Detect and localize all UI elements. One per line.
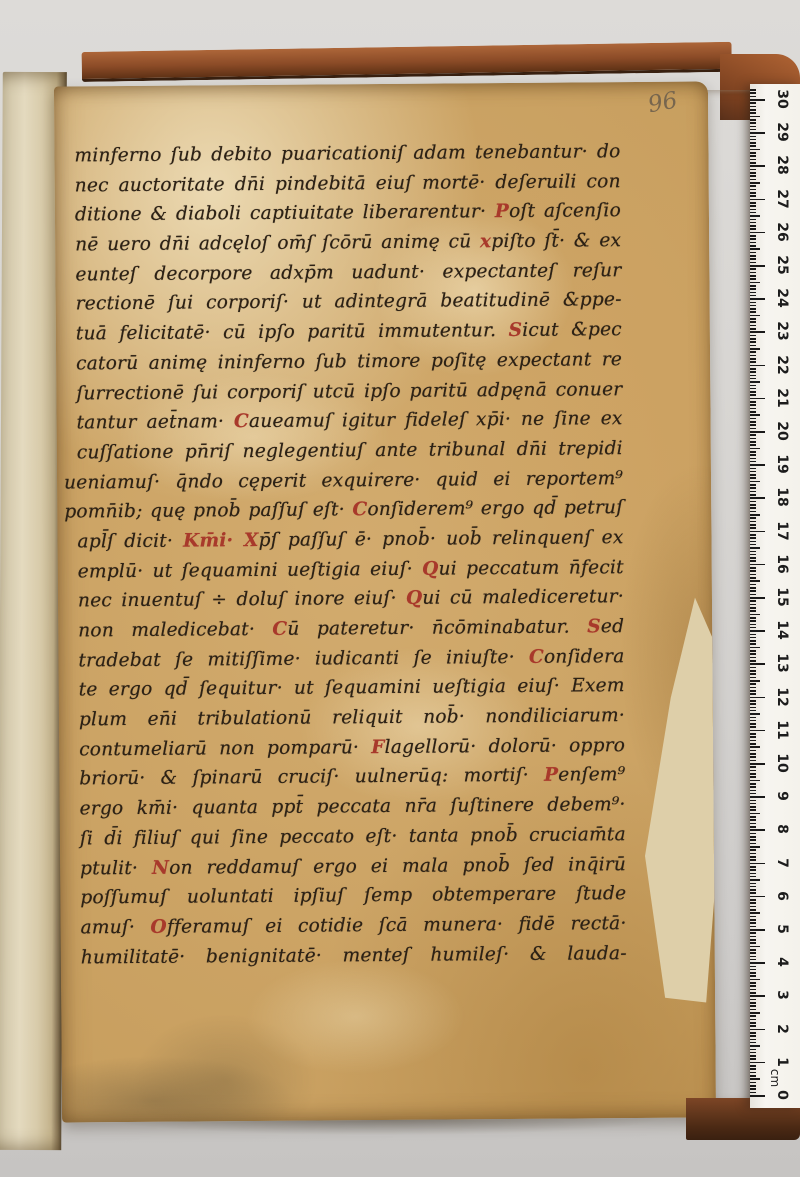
rubric-initial: P — [544, 765, 558, 786]
ruler-tick — [750, 763, 765, 765]
ruler-tick — [750, 471, 756, 473]
text-line: emplū· ut ſequamini ueſtigia eiuſ· Qui … — [78, 553, 624, 587]
text-line: humilitatē· benignitatē· menteſ humile… — [81, 939, 627, 973]
text-run: onſidera — [544, 646, 625, 668]
ruler-tick — [750, 414, 760, 416]
ruler-tick — [750, 936, 756, 938]
rubric-initial: C — [352, 499, 367, 520]
ruler-number: 11 — [774, 718, 790, 742]
ruler-tick — [750, 451, 756, 453]
ruler-number: 25 — [774, 253, 790, 277]
text-line: minferno ſub debito puaricationiſ adam t… — [74, 137, 620, 171]
ruler-tick — [750, 189, 756, 191]
ruler-tick — [750, 365, 765, 367]
text-line: pomn̄ib; quę pnob̄ paſſuſ eſt· Conſidere… — [64, 493, 623, 527]
ruler-tick — [750, 567, 756, 569]
text-line: non maledicebat· Cū pateretur· n̄cōmin… — [78, 612, 624, 646]
ruler-tick — [750, 833, 756, 835]
ruler-tick — [750, 305, 756, 307]
ruler-tick — [750, 975, 756, 977]
text-run: on reddamuſ ergo ei mala pnob̄ ſed inq̄i… — [169, 854, 626, 879]
ruler-tick — [750, 547, 760, 549]
ruler-tick — [750, 816, 756, 818]
text-run: catorū animę ininferno ſub timore poſit… — [76, 349, 622, 374]
ruler-tick — [750, 1039, 756, 1041]
rubric-initial: F — [371, 737, 385, 758]
text-run: nē uero dn̄i adcęloſ om̄ſ ſcōrū animę… — [75, 231, 480, 255]
ruler-tick — [750, 657, 756, 659]
ruler-number: 26 — [774, 220, 790, 244]
ruler-tick — [750, 215, 760, 217]
ruler-tick — [750, 537, 756, 539]
ruler-number: 24 — [774, 286, 790, 310]
ruler-tick — [750, 912, 760, 914]
ruler-tick — [750, 338, 756, 340]
ruler-tick — [750, 726, 756, 728]
text-run: lagellorū· dolorū· oppro — [385, 735, 626, 758]
ruler-number: 19 — [774, 452, 790, 476]
ruler-tick — [750, 238, 756, 240]
ruler-tick — [750, 1022, 756, 1024]
ruler-tick — [750, 212, 756, 214]
ruler-tick — [750, 836, 756, 838]
text-run: ū pateretur· n̄cōminabatur. — [287, 616, 587, 639]
ruler-tick — [750, 371, 756, 373]
ruler-tick — [750, 491, 756, 493]
rubric-initial: C — [234, 411, 249, 432]
text-line: contumeliarū non pomparū· Flagellorū·… — [79, 731, 625, 765]
ruler-tick — [750, 408, 756, 410]
text-run: p̄ſ paſſuſ ē· pnob̄· uob̄ relinquenſ ex — [259, 527, 624, 551]
rubric-initial: C — [272, 619, 287, 640]
ruler-tick — [750, 823, 756, 825]
ruler-tick — [750, 677, 756, 679]
text-run: apl̄ſ dicit· — [77, 531, 183, 553]
ruler-tick — [750, 262, 756, 264]
ruler-tick — [750, 876, 756, 878]
ruler-tick — [750, 756, 756, 758]
ruler-tick — [750, 634, 756, 636]
ruler-tick — [750, 637, 756, 639]
text-line: nec auctoritate dn̄i pindebitā eiuſ mor… — [75, 167, 621, 201]
ruler-tick — [750, 544, 756, 546]
text-run: nec auctoritate dn̄i pindebitā eiuſ mor… — [75, 171, 621, 196]
ruler-tick — [750, 720, 756, 722]
ruler-tick — [750, 162, 756, 164]
ruler-tick — [750, 896, 765, 898]
text-run: plum en̄i tribulationū reliquit nob̄· n… — [79, 705, 625, 730]
text-run: tantur aet̄nam· — [77, 411, 235, 433]
text-run: oſt aſcenſio — [509, 201, 621, 223]
ruler-tick — [750, 345, 756, 347]
text-run: piſto ſt̄· & ex — [491, 230, 621, 252]
ruler-tick — [750, 856, 756, 858]
ruler-tick — [750, 411, 756, 413]
ruler-tick — [750, 966, 756, 968]
ruler-tick — [750, 315, 760, 317]
text-run: briorū· & ſpinarū cruciſ· uulnerūq: m… — [79, 765, 544, 790]
ruler-tick — [750, 1088, 756, 1090]
ruler-tick — [750, 743, 756, 745]
ruler-number: 3 — [774, 983, 790, 1007]
ruler-number: 20 — [774, 419, 790, 443]
ruler-tick — [750, 129, 756, 131]
ruler-tick — [750, 222, 756, 224]
ruler-tick — [750, 590, 756, 592]
ruler-tick — [750, 285, 756, 287]
ruler-tick — [750, 690, 756, 692]
ruler-tick — [750, 321, 756, 323]
text-run: aueamuſ igitur fideleſ xp̄i· ne ſine ex — [249, 408, 623, 432]
ruler-tick — [750, 707, 756, 709]
text-line: ergo km̄i· quanta ppt̄ peccata nr̄a ſuſt… — [80, 790, 626, 824]
ruler-tick — [750, 428, 756, 430]
ruler-tick — [750, 351, 756, 353]
ruler-number: 13 — [774, 651, 790, 675]
ruler-tick — [750, 172, 756, 174]
ruler-tick — [750, 630, 765, 632]
text-run: nec inuentuſ ÷ doluſ inore eiuſ· — [78, 588, 406, 612]
ruler-number: 7 — [774, 851, 790, 875]
ruler-tick — [750, 819, 756, 821]
ruler-tick — [750, 560, 756, 562]
ruler-tick — [750, 116, 760, 118]
ruler-tick — [750, 126, 756, 128]
ruler-tick — [750, 477, 756, 479]
ruler-tick — [750, 700, 756, 702]
text-run: fferamuſ ei cotidie ſcā munera· fidē r… — [167, 913, 627, 938]
ruler-tick — [750, 949, 756, 951]
ruler-tick — [750, 902, 756, 904]
ruler-tick — [750, 607, 756, 609]
ruler-tick — [750, 693, 756, 695]
ruler-tick — [750, 574, 756, 576]
ruler-tick — [750, 1068, 756, 1070]
ruler-tick — [750, 527, 756, 529]
text-line: ptulit· Non reddamuſ ergo ei mala pnob̄ … — [80, 850, 626, 884]
ruler-tick — [750, 507, 756, 509]
ruler-tick — [750, 517, 756, 519]
ruler-tick — [750, 458, 756, 460]
ruler-tick — [750, 255, 756, 257]
ruler-tick — [750, 295, 756, 297]
ruler-tick — [750, 318, 756, 320]
ruler-tick — [750, 909, 756, 911]
text-line: poſſumuſ uoluntati ipſiuſ ſemp obtempera… — [80, 879, 626, 913]
ruler-tick — [750, 1075, 756, 1077]
ruler-tick — [750, 750, 756, 752]
ruler-tick — [750, 474, 756, 476]
ruler-tick — [750, 252, 756, 254]
text-line: apl̄ſ dicit· Km̄i· Xp̄ſ paſſuſ ē· pnob̄… — [77, 523, 623, 557]
ruler-tick — [750, 551, 756, 553]
ruler-tick — [750, 650, 756, 652]
text-line: nec inuentuſ ÷ doluſ inore eiuſ· Qui cū… — [78, 582, 624, 616]
rubric-initial: x — [480, 231, 491, 252]
ruler-tick — [750, 989, 756, 991]
ruler-number: 16 — [774, 552, 790, 576]
ruler-tick — [750, 843, 756, 845]
ruler-tick — [750, 813, 760, 815]
ruler-tick — [750, 946, 760, 948]
text-run: ditione & diaboli captiuitate liberarent… — [75, 202, 495, 226]
text-run: tuā felicitatē· cū ipſo paritū immut… — [76, 320, 509, 344]
ruler-tick — [750, 584, 756, 586]
ruler-tick — [750, 159, 756, 161]
ruler-tick — [750, 1085, 756, 1087]
ruler-tick — [750, 139, 756, 141]
ruler-tick — [750, 464, 765, 466]
text-line: amuſ· Offeramuſ ei cotidie ſcā munera· … — [80, 909, 626, 943]
ruler-tick — [750, 806, 756, 808]
ruler-tick — [750, 1029, 765, 1031]
ruler-tick — [750, 235, 756, 237]
ruler-tick — [750, 614, 760, 616]
text-line: eunteſ decorpore adxp̄m uadunt· expectan… — [75, 256, 621, 290]
text-line: rectionē ſui corporiſ· ut adintegrā be… — [76, 286, 622, 320]
text-line: ditione & diaboli captiuitate liberarent… — [75, 197, 621, 231]
ruler-tick — [750, 109, 756, 111]
ruler-tick — [750, 308, 756, 310]
ruler-tick — [750, 624, 756, 626]
ruler-tick — [750, 643, 756, 645]
ruler-tick — [750, 521, 756, 523]
ruler-tick — [750, 803, 756, 805]
ruler-tick — [750, 982, 756, 984]
ruler-tick — [750, 680, 760, 682]
text-run: ptulit· — [80, 857, 152, 879]
ruler-tick — [750, 205, 756, 207]
ruler-tick — [750, 487, 756, 489]
text-run: contumeliarū non pomparū· — [79, 737, 371, 760]
text-run: ueniamuſ· q̄ndo cęperit exquirere· quid … — [64, 468, 623, 493]
ruler-tick — [750, 391, 756, 393]
ruler-tick — [750, 531, 765, 533]
ruler-tick — [750, 873, 756, 875]
ruler-tick — [750, 1005, 756, 1007]
ruler-tick — [750, 790, 756, 792]
rubric-initial: Km̄i· X — [183, 530, 259, 552]
ruler-tick — [750, 972, 756, 974]
rubric-initial: Q — [422, 558, 439, 579]
ruler-tick — [750, 969, 756, 971]
ruler-tick — [750, 112, 756, 114]
ruler-tick — [750, 132, 765, 134]
ruler-tick — [750, 916, 756, 918]
ruler-tick — [750, 886, 756, 888]
photo-backdrop: 96 minferno ſub debito puaricationiſ ada… — [0, 0, 800, 1177]
ruler-tick — [750, 418, 756, 420]
ruler-number: 15 — [774, 585, 790, 609]
ruler-tick — [750, 922, 756, 924]
ruler-tick — [750, 136, 756, 138]
ruler-tick — [750, 484, 756, 486]
ruler-tick — [750, 952, 756, 954]
ruler-tick — [750, 809, 756, 811]
ruler-tick — [750, 906, 756, 908]
ruler-number: 14 — [774, 618, 790, 642]
ruler-tick — [750, 385, 756, 387]
ruler-tick — [750, 985, 756, 987]
ruler-tick — [750, 381, 760, 383]
ruler-tick — [750, 883, 756, 885]
ruler-tick — [750, 481, 760, 483]
ruler-tick — [750, 1045, 760, 1047]
ruler-tick — [750, 932, 756, 934]
ruler-tick — [750, 730, 765, 732]
ruler-tick — [750, 325, 756, 327]
ruler-tick — [750, 185, 756, 187]
ruler-tick — [750, 926, 756, 928]
ruler-tick — [750, 849, 756, 851]
ruler-tick — [750, 776, 756, 778]
ruler-tick — [750, 846, 760, 848]
text-run: ſurrectionē ſui corporiſ utcū ipſo par… — [76, 379, 622, 404]
ruler-tick — [750, 514, 760, 516]
ruler-number: 10 — [774, 751, 790, 775]
ruler-tick — [750, 863, 765, 865]
ruler-tick — [750, 524, 756, 526]
ruler-tick — [750, 258, 756, 260]
ruler-tick — [750, 209, 756, 211]
ruler-tick — [750, 962, 765, 964]
ruler-number: 27 — [774, 187, 790, 211]
ruler-tick — [750, 219, 756, 221]
leather-binding-top-edge — [82, 42, 732, 82]
text-line: nē uero dn̄i adcęloſ om̄ſ ſcōrū animę… — [75, 226, 621, 260]
ruler-tick — [750, 96, 756, 98]
ruler-tick — [750, 275, 756, 277]
ruler-tick — [750, 245, 756, 247]
ruler-number: 12 — [774, 685, 790, 709]
ruler-tick — [750, 667, 756, 669]
ruler-number: 23 — [774, 319, 790, 343]
ruler-tick — [750, 1032, 756, 1034]
text-run: humilitatē· benignitatē· menteſ humile… — [81, 943, 627, 968]
ruler-tick — [750, 169, 756, 171]
ruler-tick — [750, 149, 760, 151]
ruler-tick — [750, 587, 756, 589]
ruler-tick — [750, 89, 756, 91]
ruler-tick — [750, 773, 756, 775]
ruler-tick — [750, 1049, 756, 1051]
manuscript-text-block: minferno ſub debito puaricationiſ adam t… — [74, 137, 627, 973]
ruler-tick — [750, 597, 765, 599]
ruler-tick — [750, 683, 756, 685]
rubric-initial: P — [495, 201, 509, 222]
ruler-tick — [750, 142, 756, 144]
ruler-tick — [750, 557, 756, 559]
ruler-tick — [750, 939, 756, 941]
ruler-tick — [750, 770, 756, 772]
ruler-tick — [750, 554, 756, 556]
ruler-tick — [750, 155, 756, 157]
ruler-tick — [750, 331, 765, 333]
ruler-tick — [750, 99, 765, 101]
ruler-tick — [750, 242, 756, 244]
rubric-initial: C — [529, 646, 544, 667]
ruler-number: 28 — [774, 153, 790, 177]
ruler-number: 22 — [774, 353, 790, 377]
ruler-tick — [750, 394, 756, 396]
ruler-tick — [750, 282, 760, 284]
ruler-tick — [750, 746, 760, 748]
text-run: tradebat ſe mitiſſime· iudicanti ſe iniu… — [78, 647, 529, 672]
text-run: amuſ· — [80, 917, 150, 939]
ruler-tick — [750, 192, 756, 194]
text-line: ueniamuſ· q̄ndo cęperit exquirere· quid … — [64, 464, 623, 498]
ruler-tick — [750, 829, 765, 831]
ruler-tick — [750, 341, 756, 343]
ruler-number: 9 — [774, 784, 790, 808]
ruler-tick — [750, 703, 756, 705]
ruler-tick — [750, 292, 756, 294]
ruler-tick — [750, 355, 756, 357]
ruler-tick — [750, 541, 756, 543]
ruler-tick — [750, 401, 756, 403]
ruler-tick — [750, 793, 756, 795]
text-run: minferno ſub debito puaricationiſ adam t… — [74, 141, 620, 166]
ruler-tick — [750, 594, 756, 596]
ruler-tick — [750, 1092, 756, 1094]
ruler-tick — [750, 839, 756, 841]
ruler-tick — [750, 663, 765, 665]
ruler-number: 17 — [774, 519, 790, 543]
ruler-tick — [750, 199, 765, 201]
ruler-tick — [750, 119, 756, 121]
ruler-tick — [750, 859, 756, 861]
ruler-tick — [750, 1095, 765, 1097]
ruler-tick — [750, 610, 756, 612]
ruler-tick — [750, 232, 765, 234]
ruler-tick — [750, 959, 756, 961]
ruler-tick — [750, 1052, 756, 1054]
ruler-tick — [750, 225, 756, 227]
text-run: non maledicebat· — [78, 619, 272, 642]
ruler-tick — [750, 1078, 760, 1080]
ruler-tick — [750, 102, 756, 104]
ruler-tick — [750, 1019, 756, 1021]
ruler-number: 21 — [774, 386, 790, 410]
ruler-tick — [750, 358, 756, 360]
ruler-tick — [750, 1042, 756, 1044]
text-run: poſſumuſ uoluntati ipſiuſ ſemp obtempera… — [80, 883, 626, 908]
rubric-initial: Q — [406, 588, 423, 609]
ruler-tick — [750, 1055, 756, 1057]
ruler-tick — [750, 600, 756, 602]
ruler-tick — [750, 388, 756, 390]
ruler-tick — [750, 564, 765, 566]
ruler-tick — [750, 368, 756, 370]
ruler-tick — [750, 800, 756, 802]
ruler-tick — [750, 1072, 756, 1074]
text-line: tradebat ſe mitiſſime· iudicanti ſe iniu… — [78, 642, 624, 676]
ruler-tick — [750, 740, 756, 742]
ruler-tick — [750, 753, 756, 755]
ruler-tick — [750, 511, 756, 513]
ruler-tick — [750, 766, 756, 768]
ruler-tick — [750, 444, 756, 446]
text-line: ſurrectionē ſui corporiſ utcū ipſo par… — [76, 375, 622, 409]
ruler-tick — [750, 421, 756, 423]
ruler-tick — [750, 1002, 756, 1004]
ruler-tick — [750, 580, 760, 582]
ruler-tick — [750, 175, 756, 177]
ruler-tick — [750, 780, 760, 782]
text-run: ui cū malediceretur· — [422, 586, 624, 609]
rubric-initial: N — [152, 857, 169, 878]
ruler-tick — [750, 335, 756, 337]
